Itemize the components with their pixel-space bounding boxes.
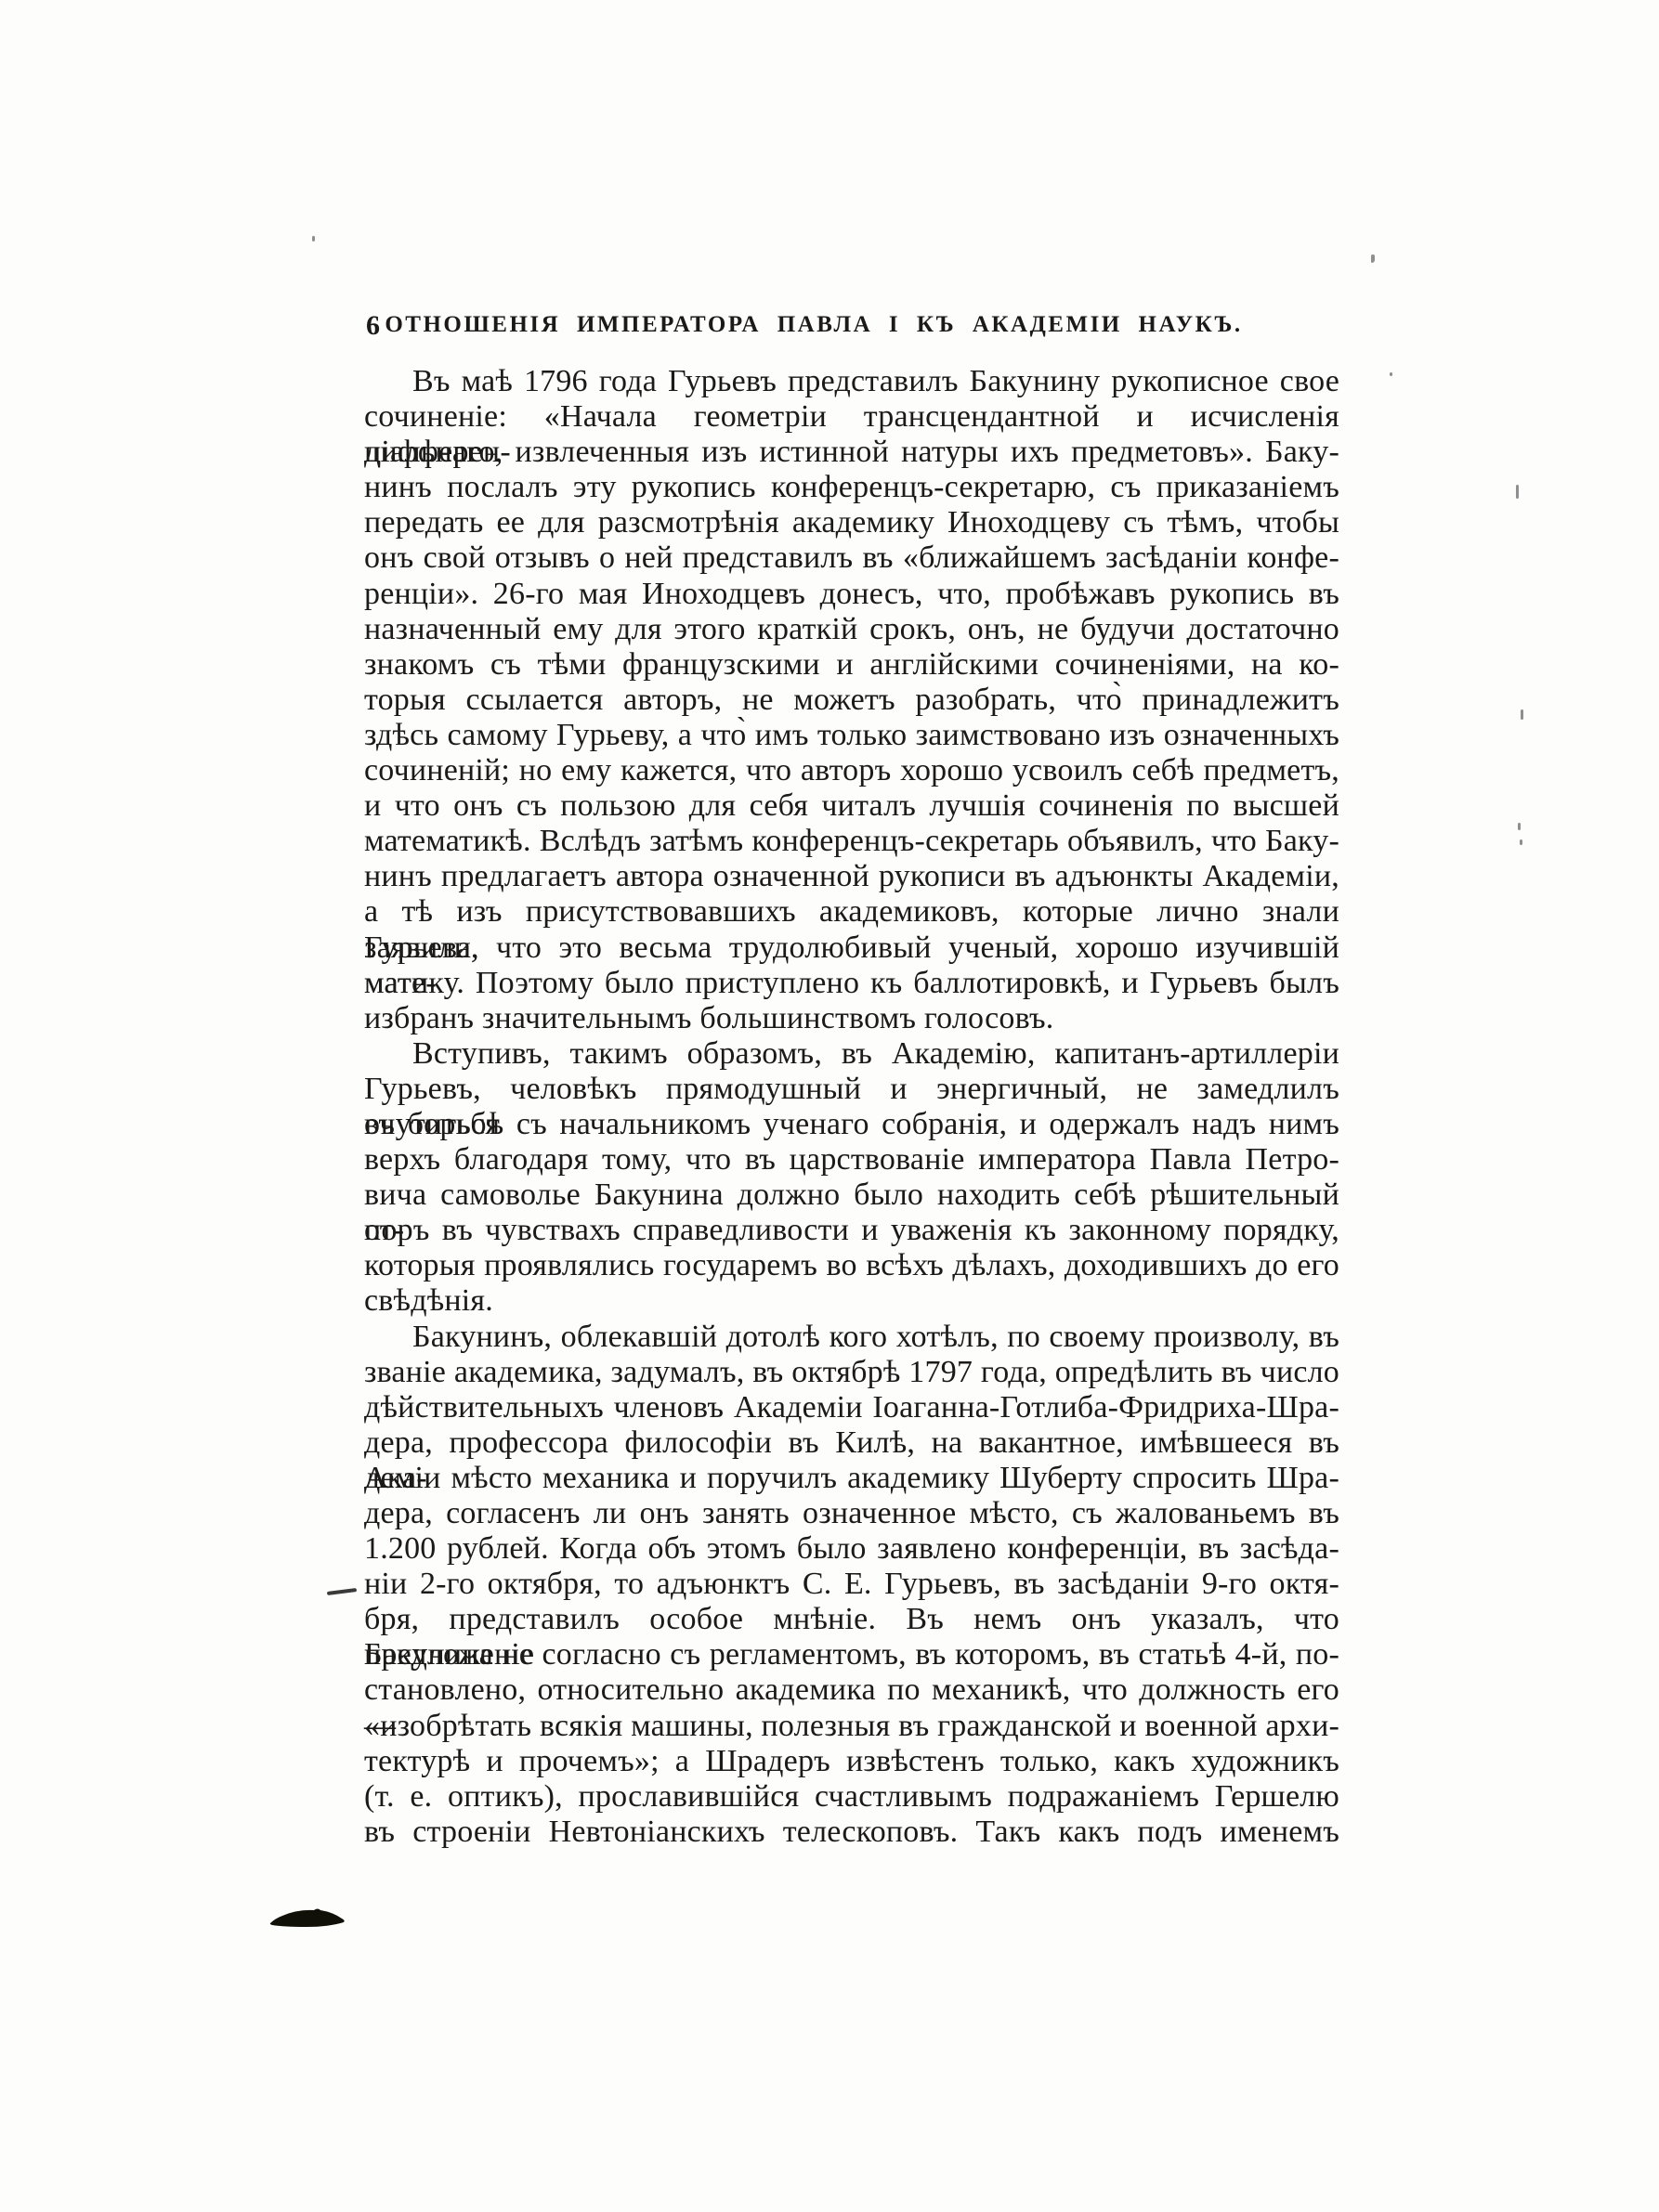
text-line: въ борьбѣ съ начальникомъ ученаго собран… [364, 1107, 1339, 1142]
text-line: торыя ссылается авторъ, не можетъ разобр… [364, 683, 1339, 718]
scan-speck [1371, 254, 1375, 263]
scan-speck [1518, 823, 1521, 830]
text-line: передать ее для разсмотрѣнія академику И… [364, 505, 1339, 540]
scan-speck [312, 236, 315, 241]
text-line: свѣдѣнія. [364, 1283, 1339, 1319]
text-line: а тѣ изъ присутствовавшихъ академиковъ, … [364, 894, 1339, 930]
text-line: сочиненіе: «Начала геометріи трансцендан… [364, 399, 1339, 435]
text-line: деміи мѣсто механика и поручилъ академик… [364, 1461, 1339, 1496]
paragraph: Въ маѣ 1796 года Гурьевъ представилъ Бак… [364, 364, 1339, 1036]
text-line: и что онъ съ пользою для себя читалъ луч… [364, 788, 1339, 824]
margin-dash-artifact [327, 1588, 357, 1595]
text-line: становлено, относительно академика по ме… [364, 1672, 1339, 1708]
text-line: верхъ благодаря тому, что въ царствовані… [364, 1142, 1339, 1178]
text-line: ренціи». 26-го мая Иноходцевъ донесъ, чт… [364, 577, 1339, 612]
book-page: 6 ОТНОШЕНІЯ ИМПЕРАТОРА ПАВЛА I КЪ АКАДЕМ… [0, 0, 1659, 2212]
text-line: вича самоволье Бакунина должно было нахо… [364, 1178, 1339, 1213]
text-line: 1.200 рублей. Когда объ этомъ было заявл… [364, 1531, 1339, 1567]
text-line: Вступивъ, такимъ образомъ, въ Академію, … [364, 1036, 1339, 1072]
text-line: (т. е. оптикъ), прославившійся счастливы… [364, 1779, 1339, 1815]
text-line: ніи 2-го октября, то адъюнктъ С. Е. Гурь… [364, 1567, 1339, 1602]
text-line: поръ въ чувствахъ справедливости и уваже… [364, 1213, 1339, 1248]
text-line: дера, профессора философіи въ Килѣ, на в… [364, 1425, 1339, 1461]
text-line: тектурѣ и прочемъ»; а Шрадеръ извѣстенъ … [364, 1744, 1339, 1779]
text-line: сочиненій; но ему кажется, что авторъ хо… [364, 753, 1339, 788]
text-line: нинъ предлагаетъ автора означенной рукоп… [364, 859, 1339, 894]
text-line: избранъ значительнымъ большинствомъ голо… [364, 1001, 1339, 1036]
text-line: Въ маѣ 1796 года Гурьевъ представилъ Бак… [364, 364, 1339, 399]
body-text: Въ маѣ 1796 года Гурьевъ представилъ Бак… [364, 364, 1339, 1850]
text-line: ціальнаго, извлеченныя изъ истинной нату… [364, 435, 1339, 470]
text-line: знакомъ съ тѣми французскими и англійски… [364, 647, 1339, 683]
running-head-title: ОТНОШЕНІЯ ИМПЕРАТОРА ПАВЛА I КЪ АКАДЕМІИ… [364, 312, 1339, 338]
text-line: въ строеніи Невтоніанскихъ телескоповъ. … [364, 1815, 1339, 1850]
text-line: «изобрѣтать всякія машины, полезныя въ г… [364, 1709, 1339, 1744]
paragraph: Вступивъ, такимъ образомъ, въ Академію, … [364, 1036, 1339, 1320]
text-line: заявили, что это весьма трудолюбивый уче… [364, 930, 1339, 966]
text-line: онъ свой отзывъ о ней представилъ въ «бл… [364, 540, 1339, 576]
running-head: 6 ОТНОШЕНІЯ ИМПЕРАТОРА ПАВЛА I КЪ АКАДЕМ… [364, 310, 1339, 342]
text-line: дѣйствительныхъ членовъ Академіи Іоаганн… [364, 1390, 1339, 1425]
text-line: нинъ послалъ эту рукопись конференцъ-сек… [364, 470, 1339, 505]
text-line: званіе академика, задумалъ, въ октябрѣ 1… [364, 1355, 1339, 1390]
text-line: математикѣ. Вслѣдъ затѣмъ конференцъ-сек… [364, 824, 1339, 859]
text-line: Бакунина не согласно съ регламентомъ, въ… [364, 1637, 1339, 1672]
text-line: дера, согласенъ ли онъ занять означенное… [364, 1496, 1339, 1531]
text-line: здѣсь самому Гурьеву, а что̀ имъ только … [364, 718, 1339, 753]
text-line: Гурьевъ, человѣкъ прямодушный и энергичн… [364, 1072, 1339, 1107]
text-line: которыя проявлялись государемъ во всѣхъ … [364, 1248, 1339, 1283]
scan-speck [1390, 372, 1392, 376]
scan-speck [1520, 839, 1522, 845]
scan-speck [1521, 709, 1523, 720]
text-line: бря, представилъ особое мнѣніе. Въ немъ … [364, 1602, 1339, 1637]
text-line: матику. Поэтому было приступлено къ балл… [364, 966, 1339, 1001]
scan-speck [1516, 485, 1519, 499]
ink-blob-artifact [269, 1906, 347, 1931]
text-line: назначенный ему для этого краткій срокъ,… [364, 612, 1339, 647]
text-line: Бакунинъ, облекавшій дотолѣ кого хотѣлъ,… [364, 1320, 1339, 1355]
paragraph: Бакунинъ, облекавшій дотолѣ кого хотѣлъ,… [364, 1320, 1339, 1850]
